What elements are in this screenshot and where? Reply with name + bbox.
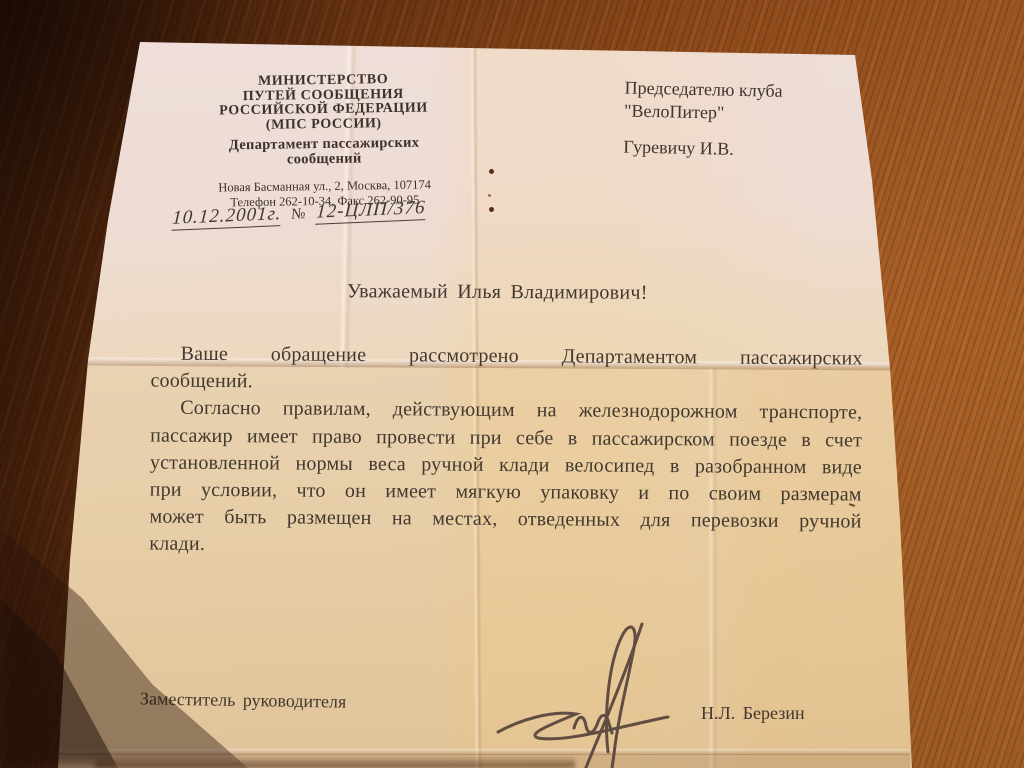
department-name-line: сообщений [172,150,476,169]
signer-position: Заместитель руководителя [140,688,347,712]
department-name: Департамент пассажирскихсообщений [172,135,476,169]
ministry-name-line: (МПС РОССИИ) [172,115,476,134]
handwritten-ref-number: 12-ЦЛП/376 [315,197,426,225]
addressee-line: "ВелоПитер" [624,99,864,127]
ink-dot [489,169,494,174]
salutation: Уважаемый Илья Владимирович! [347,280,648,305]
body-line: клади. [149,531,861,563]
number-sign: № [287,206,311,223]
handwritten-signature [490,620,690,768]
addressee-block: Председателю клуба"ВелоПитер"Гуревичу И.… [623,76,865,163]
ministry-letterhead: МИНИСТЕРСТВОПУТЕЙ СООБЩЕНИЯРОССИЙСКОЙ ФЕ… [171,72,477,210]
handwritten-date: 10.12.2001г. [171,203,282,231]
ink-dot [488,194,491,197]
bottom-edge-shadow [95,756,575,768]
letter-body: Ваше обращение рассмотрено Департаментом… [149,341,863,564]
ministry-name: МИНИСТЕРСТВОПУТЕЙ СООБЩЕНИЯРОССИЙСКОЙ ФЕ… [171,72,476,134]
body-line: может быть размещен на местах, отведенны… [149,504,861,536]
body-line: Ваше обращение рассмотрено Департаментом… [151,341,863,373]
ink-dot [489,207,494,212]
signer-name: Н.Л. Березин [701,703,805,724]
